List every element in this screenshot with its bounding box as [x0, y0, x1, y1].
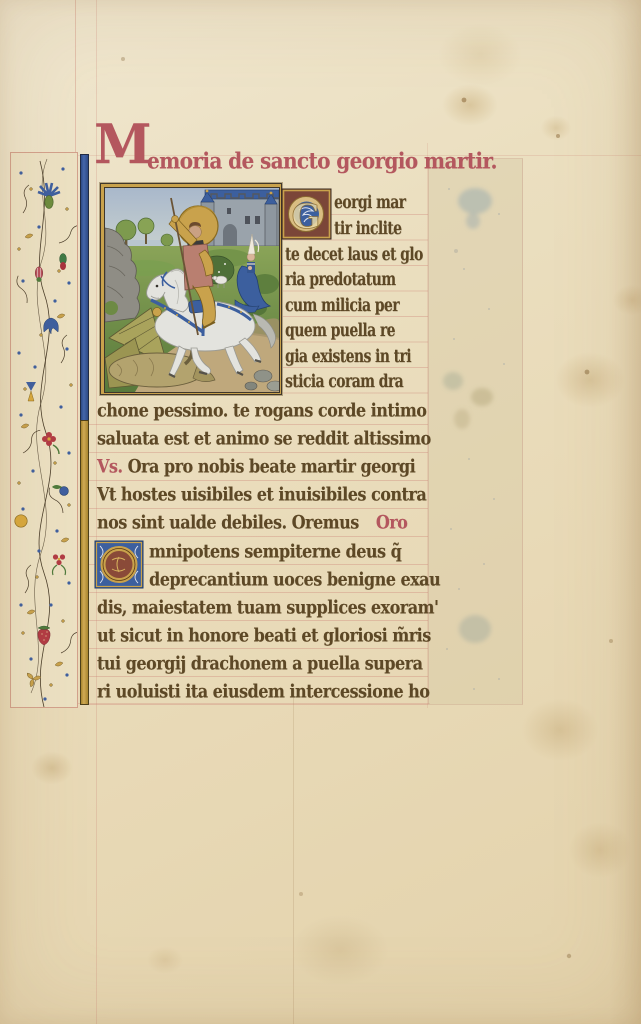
text-line-with-rubric: nos sint ualde debiles. Oremus Oro: [97, 511, 407, 533]
bud-motif: [60, 254, 67, 271]
border-bar-blue: [80, 154, 89, 422]
oratio-marker: Oro: [376, 511, 408, 533]
versicle-marker: Vs.: [97, 455, 123, 477]
response-text: nos sint ualde debiles. Oremus: [97, 511, 359, 533]
illuminated-initial-o: O: [94, 540, 144, 589]
text-line: sticia coram dra: [285, 372, 403, 392]
versicle-line: Vs. Ora pro nobis beate martir georgi: [97, 455, 415, 477]
manuscript-page: M emoria de sancto georgio martir.: [0, 0, 641, 1024]
parchment-crease: [293, 690, 294, 1024]
gold-fruit-motif: [15, 515, 27, 527]
text-line: dis, maiestatem tuam supplices exoram': [97, 596, 438, 618]
strawberry-motif: [38, 626, 50, 645]
text-line: tir inclite: [334, 219, 401, 239]
text-line: mnipotens sempiterne deus q̃: [149, 540, 401, 562]
trefoil-motif: [26, 672, 41, 688]
floral-border-art: [11, 153, 77, 707]
rubric-initial-m: M: [94, 118, 152, 173]
text-line: quem puella re: [285, 321, 395, 341]
text-line: chone pessimo. te rogans corde intimo: [97, 399, 426, 421]
berry-motif: [52, 485, 68, 495]
columbine-motif: [26, 382, 36, 401]
red-flower-motif: [53, 554, 66, 575]
initial-letter-g: G: [291, 197, 320, 237]
text-line: ria predotatum: [285, 270, 395, 290]
illuminated-initial-g: G: [281, 188, 332, 240]
text-line: cum milicia per: [285, 296, 399, 316]
text-line: te decet laus et glo: [285, 245, 423, 265]
text-line: deprecantium uoces benigne exau: [149, 568, 440, 590]
versicle-text: Ora pro nobis beate martir georgi: [128, 455, 416, 477]
border-bar-gold: [80, 420, 89, 705]
text-line: tui georgij drachonem a puella supera: [97, 652, 422, 674]
rosebud-motif: [35, 267, 43, 282]
text-line: gia existens in tri: [285, 347, 411, 367]
text-line: ri uoluisti ita eiusdem intercessione ho: [97, 680, 429, 702]
ruling-line: [75, 0, 76, 153]
text-line: eorgi mar: [334, 193, 405, 213]
parchment-specks: [0, 0, 2, 2]
text-line: ut sicut in honore beati et gloriosi m̃r…: [97, 624, 431, 646]
rubric-text: emoria de sancto georgio martir.: [147, 147, 497, 174]
bluebell-motif: [44, 318, 59, 334]
floral-border: [10, 152, 78, 708]
offset-border-impression: [428, 158, 523, 705]
miniature-st-george: [100, 183, 282, 395]
offset-border-art: [429, 159, 522, 704]
text-line: Vt hostes uisibiles et inuisibiles contr…: [97, 483, 426, 505]
text-line: saluata est et animo se reddit altissimo: [97, 427, 431, 449]
miniature-art: [104, 187, 280, 393]
cornflower-motif: [38, 183, 60, 209]
